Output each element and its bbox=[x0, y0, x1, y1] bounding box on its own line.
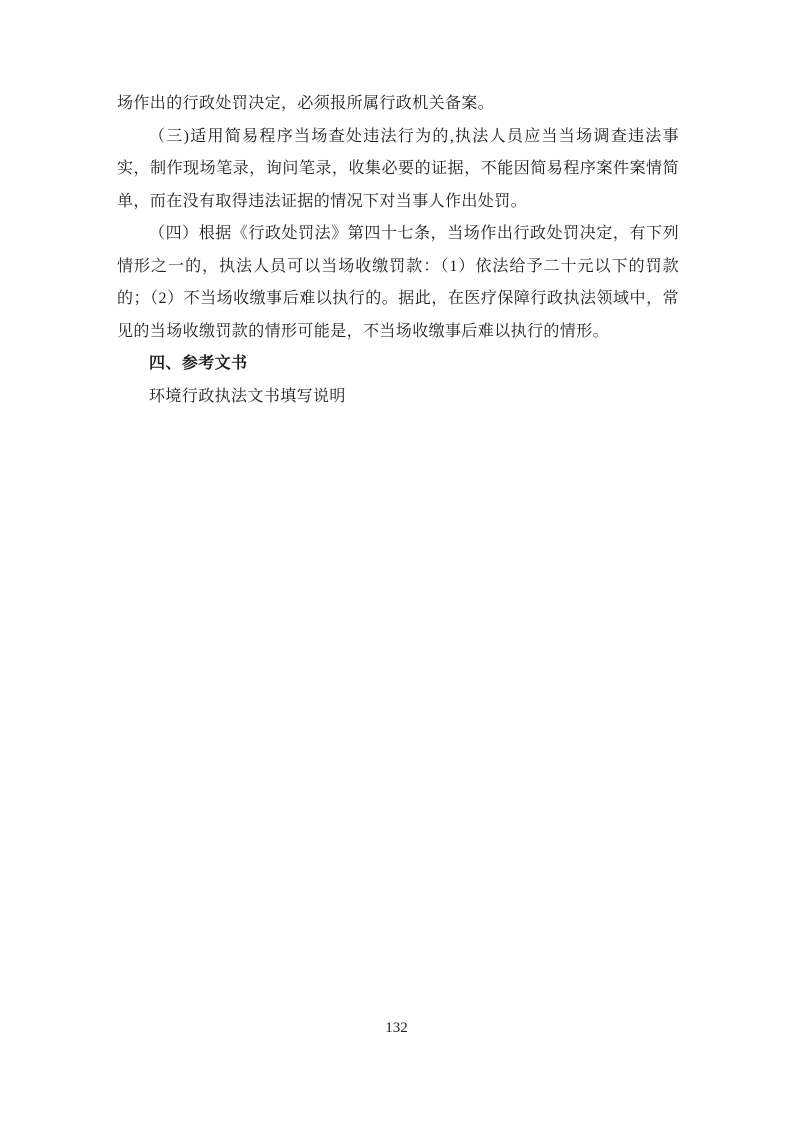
document-body: 场作出的行政处罚决定，必须报所属行政机关备案。 （三)适用简易程序当场查处违法行… bbox=[117, 88, 679, 413]
body-paragraph-item-4: （四）根据《行政处罚法》第四十七条，当场作出行政处罚决定，有下列情形之一的，执法… bbox=[117, 218, 679, 348]
body-paragraph-reference: 环境行政执法文书填写说明 bbox=[117, 381, 679, 414]
document-page: { "page": { "number": "132", "background… bbox=[0, 0, 793, 1122]
page-number: 132 bbox=[385, 1020, 408, 1036]
page-footer: 132 bbox=[0, 1018, 793, 1038]
section-heading: 四、参考文书 bbox=[117, 348, 679, 381]
body-paragraph-continuation: 场作出的行政处罚决定，必须报所属行政机关备案。 bbox=[117, 88, 679, 121]
body-paragraph-item-3: （三)适用简易程序当场查处违法行为的,执法人员应当当场调查违法事实，制作现场笔录… bbox=[117, 121, 679, 219]
